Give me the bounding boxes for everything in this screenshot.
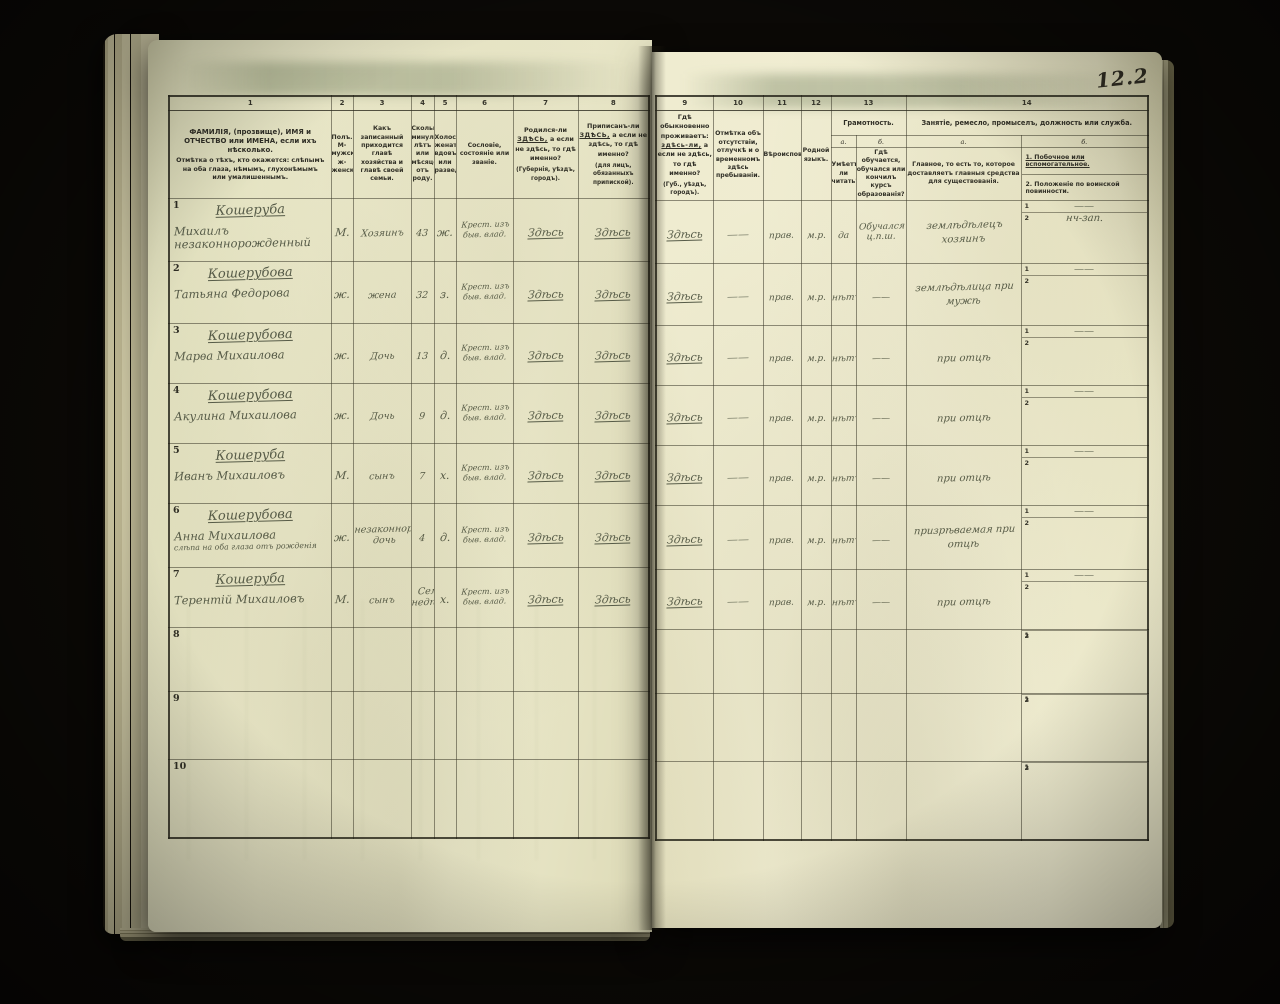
census-table-right: 9 10 11 12 13 14 Гдѣ обыкновенно прожива…: [655, 95, 1149, 841]
col-number: 14: [906, 96, 1148, 111]
language-value: м.р.: [806, 414, 826, 424]
sub-cell-number: 2: [1025, 696, 1030, 704]
marital-value: з.: [440, 288, 451, 301]
person-row-left: 9: [169, 692, 649, 760]
col-number: 6: [456, 96, 513, 111]
cell-language: м.р.: [801, 264, 831, 326]
cell-religion: прав.: [763, 386, 801, 446]
column-number-row: 9 10 11 12 13 14: [656, 96, 1148, 111]
absence-value: ——: [726, 471, 749, 485]
cell-relation: [353, 760, 411, 838]
birthplace-value: Здѣсь: [527, 225, 564, 239]
col-number: 2: [331, 96, 353, 111]
language-value: м.р.: [806, 474, 826, 484]
sex-value: ж.: [333, 288, 350, 301]
cell-birthplace: Здѣсь: [513, 324, 578, 384]
residence-value: Здѣсь: [666, 411, 703, 425]
residence-value: Здѣсь: [666, 351, 703, 365]
surname: Кошерубова: [170, 386, 331, 405]
header-can-read: Умѣетъ-ли читать?: [831, 148, 856, 201]
cell-marital: д.: [434, 384, 456, 444]
cell-language: м.р.: [801, 446, 831, 506]
cell-marital: [434, 760, 456, 838]
header-text: Гдѣ обыкновенно проживаетъ:: [660, 113, 709, 140]
cell-religion: прав.: [763, 201, 801, 264]
cell-can-read: да: [831, 201, 856, 264]
col-number: 1: [169, 96, 331, 111]
person-row-right: Здѣсь —— прав. м.р. нѣтъ —— при отцѣ 1 —…: [656, 326, 1148, 386]
cell-absence: ——: [713, 446, 763, 506]
cell-education: ——: [856, 326, 906, 386]
cell-birthplace: Здѣсь: [513, 568, 578, 628]
cell-birthplace: [513, 692, 578, 760]
sub-cell-number: 2: [1025, 583, 1030, 591]
cell-education: [856, 762, 906, 840]
cell-age: Семи недѣль: [411, 568, 434, 628]
cell-name: 2 Кошерубова Татьяна Федорова: [169, 262, 331, 324]
age-value: 32: [416, 291, 429, 302]
estate-value: Крест. изъ быв. влад.: [456, 281, 513, 302]
cell-marital: з.: [434, 262, 456, 324]
table-body-right: Здѣсь —— прав. м.р. да Обучался ц.п.ш. з…: [656, 201, 1148, 840]
cell-language: м.р.: [801, 386, 831, 446]
cell-religion: прав.: [763, 506, 801, 570]
cell-name: 4 Кошерубова Акулина Михаилова: [169, 384, 331, 444]
age-value: Семи недѣль: [411, 586, 434, 609]
sex-value: ж.: [333, 531, 350, 544]
sub-cell-number: 2: [1025, 459, 1030, 467]
cell-side-occupation: 1 —— 2 нч-зап.: [1021, 201, 1148, 264]
col-number: 3: [353, 96, 411, 111]
registration-value: Здѣсь: [595, 409, 632, 423]
occupation-value: при отцѣ: [936, 411, 991, 426]
birthplace-value: Здѣсь: [527, 593, 564, 607]
registration-value: Здѣсь: [595, 593, 632, 607]
education-value: ——: [872, 354, 891, 364]
estate-value: Крест. изъ быв. влад.: [456, 524, 513, 545]
cell-birthplace: Здѣсь: [513, 384, 578, 444]
cell-occupation: при отцѣ: [906, 386, 1021, 446]
marital-value: х.: [440, 469, 451, 482]
cell-estate: Крест. изъ быв. влад.: [456, 262, 513, 324]
cell-absence: [713, 694, 763, 762]
can-read-value: нѣтъ: [831, 598, 856, 609]
cell-estate: [456, 692, 513, 760]
cell-estate: [456, 760, 513, 838]
cell-age: [411, 692, 434, 760]
cell-relation: Хозяинъ: [353, 199, 411, 262]
given-name: [174, 633, 328, 636]
side-occupation-sub2: 2: [1022, 275, 1148, 276]
language-value: м.р.: [806, 598, 826, 608]
sub-cell-number: 2: [1025, 339, 1030, 347]
education-value: ——: [872, 414, 891, 424]
person-row-left: 8: [169, 628, 649, 692]
cell-estate: [456, 628, 513, 692]
sub-cell-number: 2: [1025, 632, 1030, 640]
estate-value: Крест. изъ быв. влад.: [456, 586, 513, 607]
occupation-value: землѣдѣлица при мужѣ: [906, 280, 1021, 310]
cell-marital: х.: [434, 444, 456, 504]
cell-name: 1 Кошеруба Михаилъ незаконнорожденный: [169, 199, 331, 262]
side-occupation-value: ——: [1074, 201, 1095, 212]
cell-occupation: при отцѣ: [906, 446, 1021, 506]
cell-can-read: [831, 630, 856, 694]
row-number: 9: [173, 693, 180, 704]
surname: Кошерубова: [170, 506, 331, 525]
given-name: Марѳа Михаилова: [174, 348, 329, 364]
cell-education: ——: [856, 264, 906, 326]
relation-value: незаконнор. дочь: [353, 524, 411, 547]
absence-value: ——: [726, 290, 749, 304]
header-birthplace: Родился-ли ЗДѢСЬ, а если не здѣсь, то гд…: [513, 111, 578, 199]
disability-note: слѣпа на оба глаза отъ рожденія: [174, 541, 329, 553]
side-occupation-sub1: 1 ——: [1022, 570, 1148, 581]
cell-sex: [331, 692, 353, 760]
cell-occupation: при отцѣ: [906, 326, 1021, 386]
cell-side-occupation: 1 2: [1021, 630, 1148, 694]
cell-sex: М.: [331, 568, 353, 628]
person-row-left: 10: [169, 760, 649, 838]
header-text: Приписанъ-ли: [587, 122, 639, 130]
military-status-value: нч-зап.: [1065, 213, 1103, 224]
age-value: 4: [419, 534, 426, 545]
cell-relation: жена: [353, 262, 411, 324]
surname: [170, 694, 330, 698]
sub-cell-number: 1: [1025, 507, 1030, 515]
cell-absence: ——: [713, 201, 763, 264]
cell-name: 3 Кошерубова Марѳа Михаилова: [169, 324, 331, 384]
person-row-right: Здѣсь —— прав. м.р. нѣтъ —— при отцѣ 1 —…: [656, 446, 1148, 506]
person-row-left: 2 Кошерубова Татьяна Федорова ж. жена 32…: [169, 262, 649, 324]
census-page-right: 9 10 11 12 13 14 Гдѣ обыкновенно прожива…: [652, 52, 1162, 928]
disability-note: [174, 765, 328, 768]
birthplace-value: Здѣсь: [527, 349, 564, 363]
cell-language: м.р.: [801, 201, 831, 264]
header-absence: Отмѣтка объ отсутствіи, отлучкѣ и о врем…: [713, 111, 763, 201]
registration-value: Здѣсь: [595, 469, 632, 483]
table-header-right: 9 10 11 12 13 14 Гдѣ обыкновенно прожива…: [656, 96, 1148, 201]
education-value: ——: [872, 598, 891, 608]
cell-relation: сынъ: [353, 568, 411, 628]
cell-language: м.р.: [801, 326, 831, 386]
cell-estate: Крест. изъ быв. влад.: [456, 504, 513, 568]
census-page-left: 1 2 3 4 5 6 7 8 ФАМИЛІЯ, (прозвище), ИМЯ…: [148, 40, 652, 932]
col-number: 10: [713, 96, 763, 111]
cell-occupation: призрѣваемая при отцѣ: [906, 506, 1021, 570]
cell-language: м.р.: [801, 570, 831, 630]
can-read-value: нѣтъ: [831, 474, 856, 485]
cell-education: Обучался ц.п.ш.: [856, 201, 906, 264]
col-number: 4: [411, 96, 434, 111]
cell-side-occupation: 1 —— 2: [1021, 264, 1148, 326]
cell-marital: д.: [434, 504, 456, 568]
cell-sex: ж.: [331, 504, 353, 568]
religion-value: прав.: [769, 293, 795, 304]
age-value: 13: [416, 352, 429, 363]
literacy-sub-a-label: а.: [831, 136, 856, 148]
cell-age: 9: [411, 384, 434, 444]
cell-birthplace: Здѣсь: [513, 199, 578, 262]
person-row-right: Здѣсь —— прав. м.р. нѣтъ —— при отцѣ 1 —…: [656, 570, 1148, 630]
cell-religion: прав.: [763, 570, 801, 630]
given-name: Иванъ Михаиловъ: [174, 468, 329, 484]
education-value: ——: [872, 474, 891, 484]
sex-value: М.: [334, 469, 350, 482]
header-text: Родился-ли: [524, 126, 567, 134]
sub-cell-number: 2: [1025, 399, 1030, 407]
relation-value: Дочь: [369, 352, 394, 364]
cell-marital: ж.: [434, 199, 456, 262]
can-read-value: нѣтъ: [831, 354, 856, 365]
header-name-note: Отмѣтка о тѣхъ, кто окажется: слѣпымъ на…: [170, 156, 331, 183]
given-name: Михаилъ незаконнорожденный: [174, 223, 329, 252]
registration-value: Здѣсь: [595, 225, 632, 239]
cell-sex: М.: [331, 444, 353, 504]
occupation-value: при отцѣ: [936, 471, 991, 486]
cell-occupation: [906, 762, 1021, 840]
person-row-right: Здѣсь —— прав. м.р. нѣтъ —— призрѣваемая…: [656, 506, 1148, 570]
person-row-right: 1 2: [656, 694, 1148, 762]
header-military-status: 2. Положеніе по воинской повинности.: [1022, 174, 1148, 200]
literacy-sub-b-label: б.: [856, 136, 906, 148]
header-name-column: ФАМИЛІЯ, (прозвище), ИМЯ и ОТЧЕСТВО или …: [169, 111, 331, 199]
surname: [170, 630, 330, 634]
occupation-sub-b-label: б.: [1021, 136, 1148, 148]
side-occupation-value: ——: [1074, 446, 1095, 457]
cell-birthplace: [513, 760, 578, 838]
given-name: [174, 697, 328, 700]
cell-language: м.р.: [801, 506, 831, 570]
cell-absence: [713, 762, 763, 840]
relation-value: сынъ: [369, 596, 396, 608]
side-occupation-value: ——: [1074, 264, 1095, 275]
cell-side-occupation: 1 —— 2: [1021, 386, 1148, 446]
cell-side-occupation: 1 —— 2: [1021, 506, 1148, 570]
surname: Кошеруба: [170, 570, 331, 589]
side-occupation-sub1: 1 ——: [1022, 386, 1148, 397]
cell-age: 7: [411, 444, 434, 504]
cell-absence: ——: [713, 570, 763, 630]
cell-sex: ж.: [331, 262, 353, 324]
occupation-sub-a-label: а.: [906, 136, 1021, 148]
relation-value: жена: [367, 291, 396, 303]
side-occupation-sub2: 2: [1022, 397, 1148, 398]
side-occupation-sub2: 2: [1022, 694, 1148, 695]
sub-cell-number: 1: [1025, 571, 1030, 579]
cell-marital: [434, 692, 456, 760]
given-name: [174, 765, 328, 768]
header-main-occupation: Главное, то есть то, которое доставляетъ…: [906, 148, 1021, 201]
religion-value: прав.: [769, 354, 795, 365]
side-occupation-value: ——: [1074, 570, 1095, 581]
side-occupation-value: ——: [1074, 386, 1095, 397]
cell-name: 8: [169, 628, 331, 692]
header-education: Гдѣ обучается, обучался или кончилъ курс…: [856, 148, 906, 201]
header-marital: Холостъ, женатъ, вдовъ или разведенъ.: [434, 111, 456, 199]
cell-age: 32: [411, 262, 434, 324]
header-age: Сколько минуло лѣтъ или мѣсяцевъ отъ род…: [411, 111, 434, 199]
sub-cell-number: 1: [1025, 387, 1030, 395]
sex-value: М.: [334, 225, 350, 238]
sex-value: ж.: [333, 349, 350, 362]
header-keyword: ЗДѢСЬ,: [517, 135, 548, 143]
residence-value: Здѣсь: [666, 471, 703, 485]
cell-can-read: нѣтъ: [831, 506, 856, 570]
header-keyword: ЗДѢСЬ,: [579, 131, 610, 139]
age-value: 9: [419, 412, 426, 423]
cell-relation: [353, 692, 411, 760]
cell-relation: Дочь: [353, 384, 411, 444]
education-value: ——: [872, 536, 891, 546]
cell-estate: Крест. изъ быв. влад.: [456, 324, 513, 384]
registration-value: Здѣсь: [595, 349, 632, 363]
cell-occupation: землѣдѣлецъ хозяинъ: [906, 201, 1021, 264]
cell-birthplace: Здѣсь: [513, 262, 578, 324]
header-occupation-group: Занятіе, ремесло, промыселъ, должность и…: [906, 111, 1148, 136]
cell-education: [856, 630, 906, 694]
cell-side-occupation: 1 2: [1021, 762, 1148, 840]
side-occupation-sub1: 1 ——: [1022, 201, 1148, 212]
cell-occupation: при отцѣ: [906, 570, 1021, 630]
registration-value: Здѣсь: [595, 288, 632, 302]
cell-can-read: нѣтъ: [831, 446, 856, 506]
cell-sex: ж.: [331, 324, 353, 384]
residence-value: Здѣсь: [666, 595, 703, 609]
census-table-left: 1 2 3 4 5 6 7 8 ФАМИЛІЯ, (прозвище), ИМЯ…: [168, 95, 650, 839]
cell-name: 9: [169, 692, 331, 760]
residence-value: Здѣсь: [666, 227, 703, 241]
cell-estate: Крест. изъ быв. влад.: [456, 444, 513, 504]
person-row-left: 3 Кошерубова Марѳа Михаилова ж. Дочь 13 …: [169, 324, 649, 384]
column-header-row: ФАМИЛІЯ, (прозвище), ИМЯ и ОТЧЕСТВО или …: [169, 111, 649, 199]
cell-language: [801, 630, 831, 694]
cell-sex: [331, 628, 353, 692]
relation-value: сынъ: [369, 472, 396, 484]
cell-estate: Крест. изъ быв. влад.: [456, 384, 513, 444]
header-literacy-group: Грамотность.: [831, 111, 906, 136]
side-occupation-sub2: 2: [1022, 337, 1148, 338]
relation-value: Дочь: [369, 412, 394, 424]
cell-absence: ——: [713, 326, 763, 386]
absence-value: ——: [726, 411, 749, 425]
cell-age: [411, 628, 434, 692]
row-number: 10: [173, 761, 186, 772]
cell-name: 5 Кошеруба Иванъ Михаиловъ: [169, 444, 331, 504]
cell-education: ——: [856, 506, 906, 570]
cell-relation: незаконнор. дочь: [353, 504, 411, 568]
sub-cell-number: 2: [1025, 764, 1030, 772]
sub-cell-number: 1: [1025, 265, 1030, 273]
residence-value: Здѣсь: [666, 533, 703, 547]
surname: Кошерубова: [170, 264, 331, 283]
sub-cell-number: 1: [1025, 327, 1030, 335]
column-number-row: 1 2 3 4 5 6 7 8: [169, 96, 649, 111]
absence-value: ——: [726, 351, 749, 365]
person-row-left: 7 Кошеруба Терентій Михаиловъ М. сынъ Се…: [169, 568, 649, 628]
book-spine-shadow: [638, 46, 666, 930]
side-occupation-sub1: 1 ——: [1022, 264, 1148, 275]
cell-age: [411, 760, 434, 838]
registration-value: Здѣсь: [595, 531, 632, 545]
person-row-right: Здѣсь —— прав. м.р. да Обучался ц.п.ш. з…: [656, 201, 1148, 264]
side-occupation-sub2: 2: [1022, 630, 1148, 631]
header-side-occupation: 1. Побочное или вспомогательное. 2. Поло…: [1021, 148, 1148, 201]
person-row-left: 1 Кошеруба Михаилъ незаконнорожденный М.…: [169, 199, 649, 262]
cell-age: 13: [411, 324, 434, 384]
given-name: Татьяна Федорова: [174, 286, 329, 302]
cell-education: [856, 694, 906, 762]
sex-value: ж.: [333, 409, 350, 422]
language-value: м.р.: [806, 293, 826, 303]
estate-value: Крест. изъ быв. влад.: [456, 402, 513, 423]
person-row-right: 1 2: [656, 630, 1148, 694]
surname: Кошеруба: [170, 201, 331, 220]
cell-education: ——: [856, 446, 906, 506]
cell-sex: [331, 760, 353, 838]
person-row-right: Здѣсь —— прав. м.р. нѣтъ —— землѣдѣлица …: [656, 264, 1148, 326]
occupation-value: призрѣваемая при отцѣ: [906, 523, 1021, 553]
occupation-value: при отцѣ: [936, 351, 991, 366]
sex-value: М.: [334, 593, 350, 606]
person-row-right: Здѣсь —— прав. м.р. нѣтъ —— при отцѣ 1 —…: [656, 386, 1148, 446]
sub-cell-number: 2: [1025, 277, 1030, 285]
cell-education: ——: [856, 570, 906, 630]
cell-can-read: нѣтъ: [831, 386, 856, 446]
header-relation: Какъ записанный приходится главѣ хозяйст…: [353, 111, 411, 199]
given-name: Терентій Михаиловъ: [174, 592, 329, 608]
birthplace-value: Здѣсь: [527, 531, 564, 545]
language-value: м.р.: [806, 354, 826, 364]
can-read-value: да: [838, 230, 850, 240]
person-row-left: 5 Кошеруба Иванъ Михаиловъ М. сынъ 7 х. …: [169, 444, 649, 504]
occupation-value: при отцѣ: [936, 595, 991, 610]
language-value: м.р.: [806, 230, 826, 240]
birthplace-value: Здѣсь: [527, 469, 564, 483]
birthplace-value: Здѣсь: [527, 409, 564, 423]
cell-can-read: [831, 694, 856, 762]
cell-name: 7 Кошеруба Терентій Михаиловъ: [169, 568, 331, 628]
cell-birthplace: Здѣсь: [513, 504, 578, 568]
can-read-value: нѣтъ: [831, 414, 856, 425]
header-language: Родной языкъ.: [801, 111, 831, 201]
religion-value: прав.: [769, 598, 795, 609]
side-occupation-sub1: 1 ——: [1022, 506, 1148, 517]
column-header-row: Гдѣ обыкновенно проживаетъ: здѣсь-ли, а …: [656, 111, 1148, 136]
cell-absence: ——: [713, 264, 763, 326]
estate-value: Крест. изъ быв. влад.: [456, 219, 513, 240]
can-read-value: нѣтъ: [831, 536, 856, 547]
cell-sex: М.: [331, 199, 353, 262]
col-number: 11: [763, 96, 801, 111]
sub-cell-number: 2: [1025, 519, 1030, 527]
col-number: 12: [801, 96, 831, 111]
table-header-left: 1 2 3 4 5 6 7 8 ФАМИЛІЯ, (прозвище), ИМЯ…: [169, 96, 649, 199]
col-number: 5: [434, 96, 456, 111]
cell-side-occupation: 1 —— 2: [1021, 570, 1148, 630]
age-value: 7: [419, 472, 426, 483]
cell-marital: х.: [434, 568, 456, 628]
col-number: 7: [513, 96, 578, 111]
marital-value: ж.: [436, 225, 453, 238]
cell-religion: прав.: [763, 446, 801, 506]
side-occupation-value: ——: [1074, 326, 1095, 337]
cell-can-read: [831, 762, 856, 840]
cell-birthplace: Здѣсь: [513, 444, 578, 504]
header-side-occ-1: 1. Побочное или вспомогательное.: [1022, 148, 1148, 174]
education-value: ——: [872, 293, 891, 303]
cell-religion: [763, 762, 801, 840]
